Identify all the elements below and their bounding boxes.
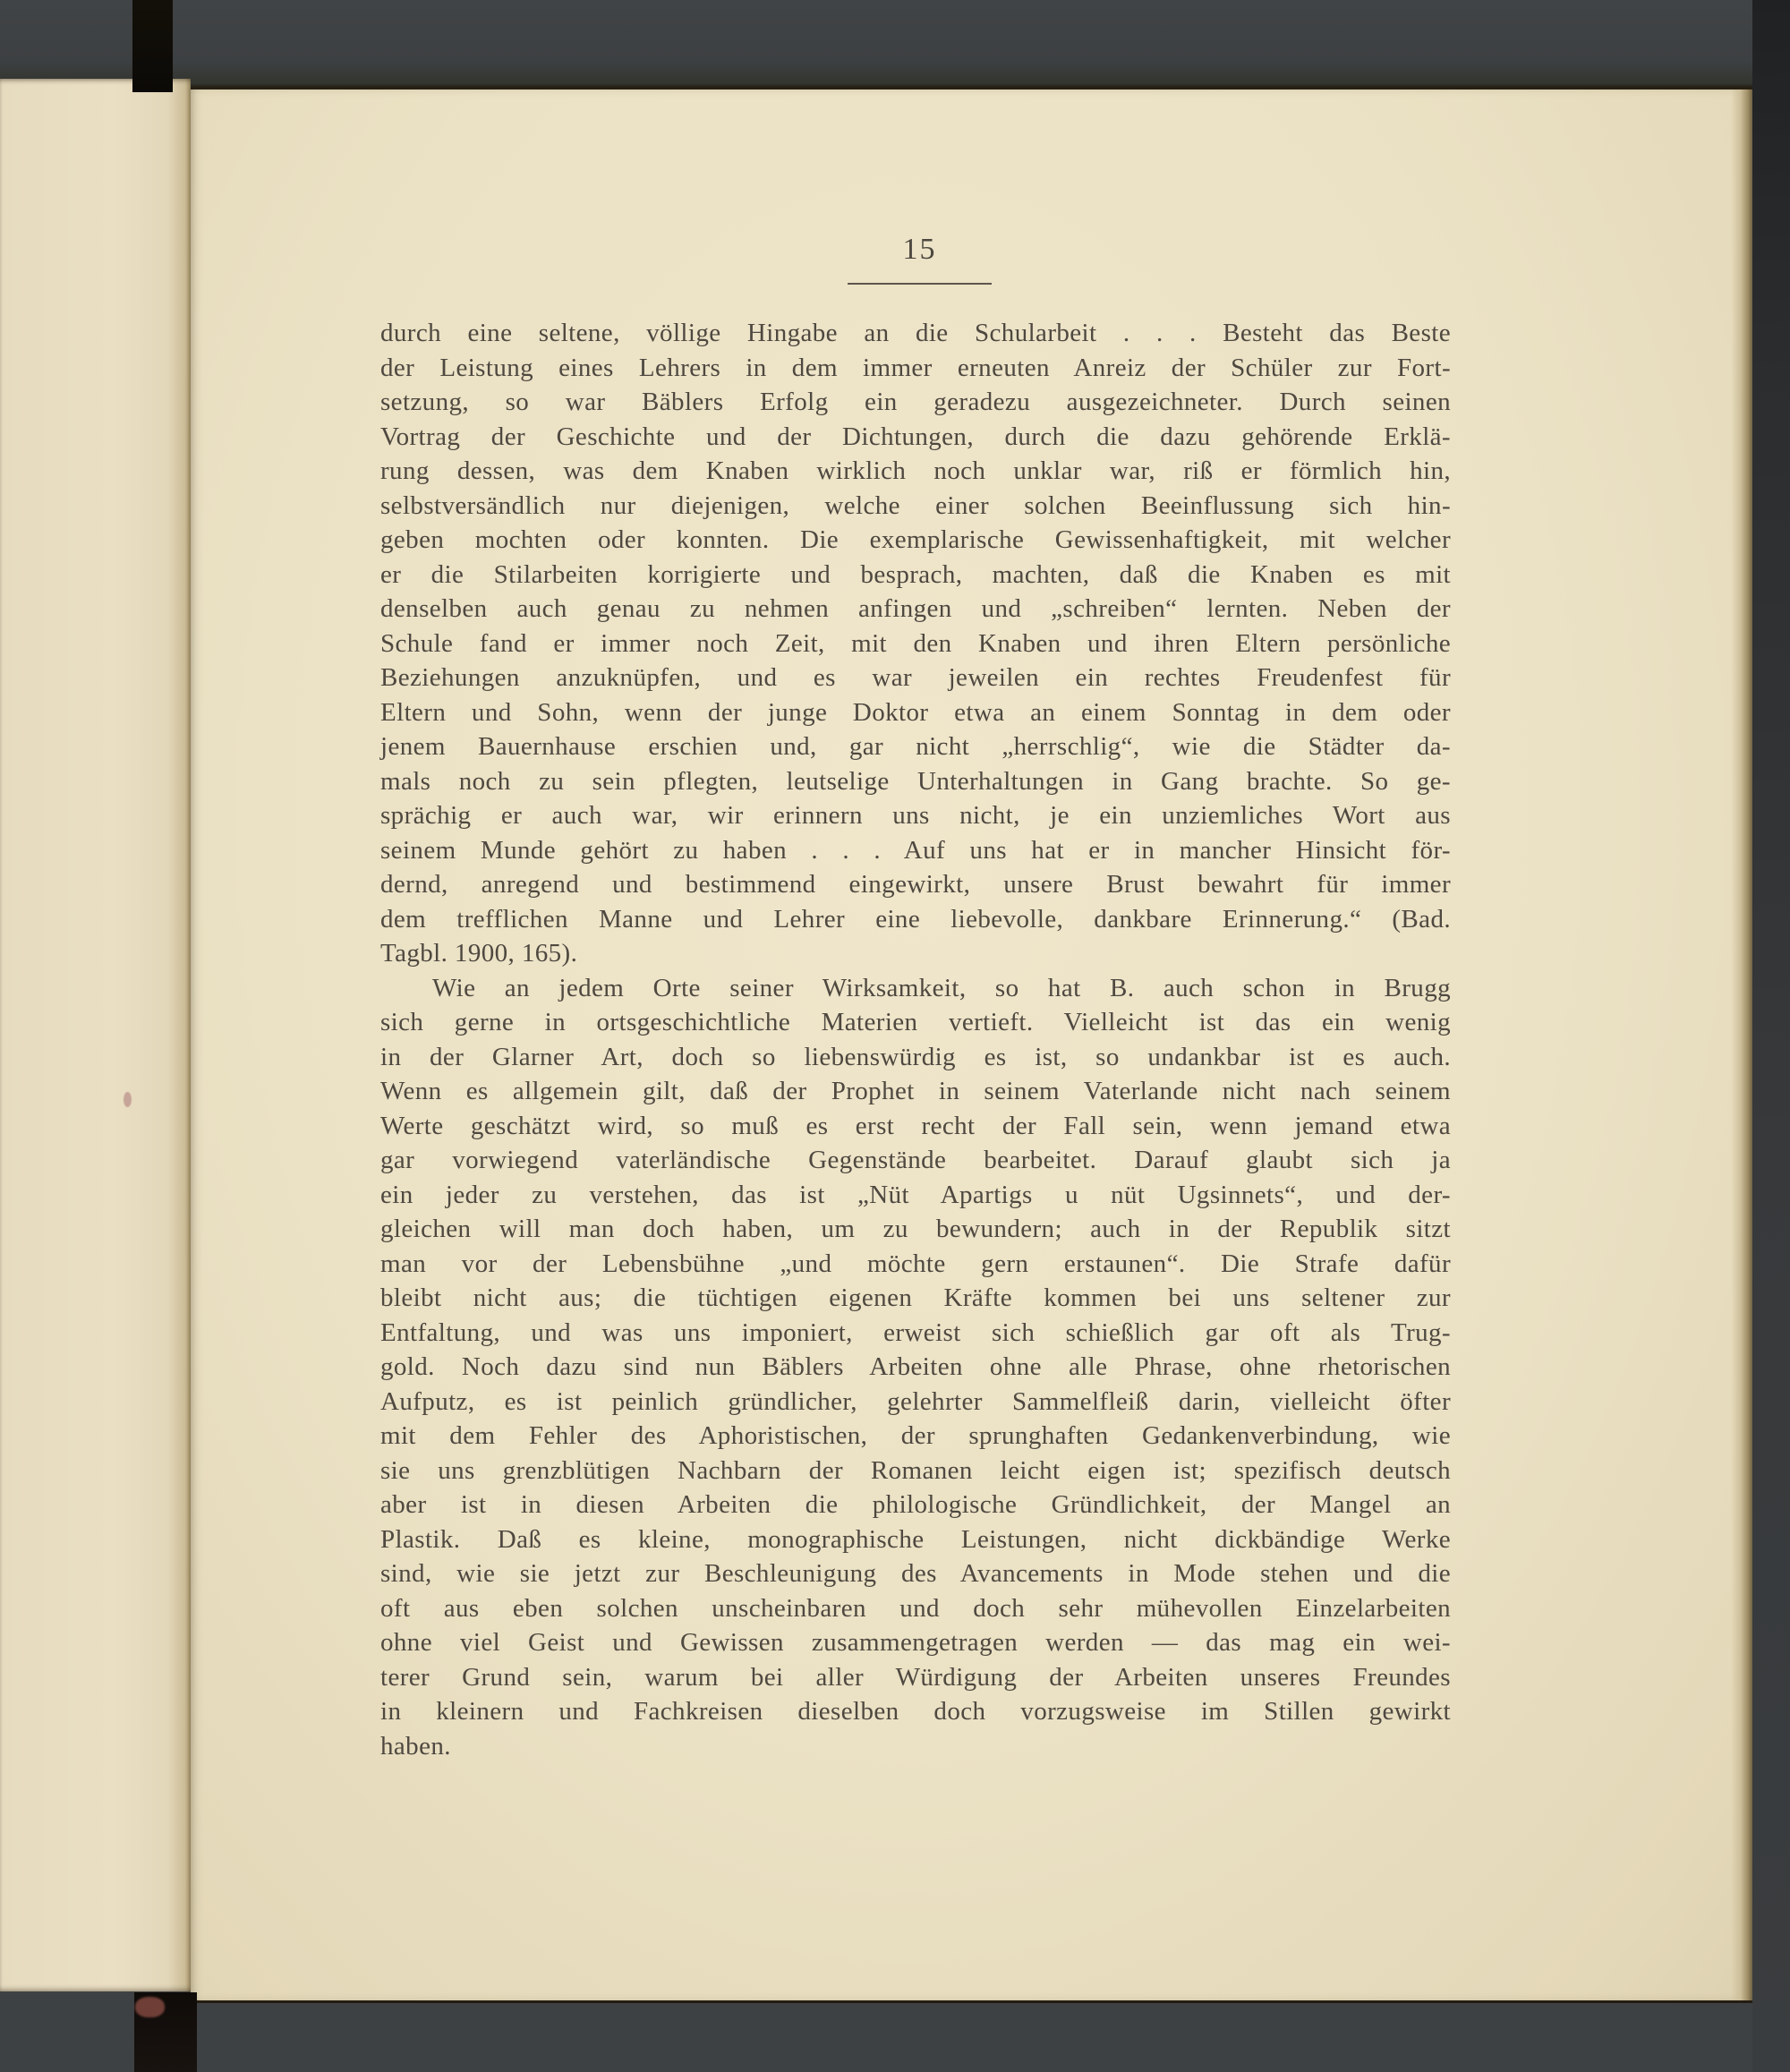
text-line: in der Glarner Art, doch so liebenswürdi…	[380, 1040, 1451, 1075]
text-line: gleichen will man doch haben, um zu bewu…	[380, 1212, 1451, 1247]
text-line: Schule fand er immer noch Zeit, mit den …	[380, 627, 1451, 661]
background-right-band	[1752, 0, 1790, 2072]
text-line: dem trefflichen Manne und Lehrer eine li…	[380, 902, 1451, 937]
text-line: terer Grund sein, warum bei aller Würdig…	[380, 1660, 1451, 1695]
text-line: bleibt nicht aus; die tüchtigen eigenen …	[380, 1281, 1451, 1316]
text-block: durch eine seltene, völlige Hingabe an d…	[380, 316, 1451, 1763]
text-line: denselben auch genau zu nehmen anfingen …	[380, 592, 1451, 627]
bookmark-ribbon-bottom	[134, 1992, 197, 2072]
book-page: 15 durch eine seltene, völlige Hingabe a…	[191, 87, 1752, 2003]
text-line: ein jeder zu verstehen, das ist „Nüt Apa…	[380, 1178, 1451, 1213]
text-line: Aufputz, es ist peinlich gründlicher, ge…	[380, 1385, 1451, 1420]
text-line: sie uns grenzblütigen Nachbarn der Roman…	[380, 1454, 1451, 1488]
text-line: sprächig er auch war, wir erinnern uns n…	[380, 798, 1451, 833]
page-number: 15	[848, 233, 992, 267]
ribbon-red-mark	[135, 1997, 165, 2017]
text-line: Wenn es allgemein gilt, daß der Prophet …	[380, 1074, 1451, 1109]
page-right-edge-shadow	[1731, 90, 1752, 2000]
left-page-edges	[0, 79, 191, 1991]
text-line: oft aus eben solchen unscheinbaren und d…	[380, 1591, 1451, 1626]
text-line: ohne viel Geist und Gewissen zusammenget…	[380, 1625, 1451, 1660]
text-line: sich gerne in ortsgeschichtliche Materie…	[380, 1005, 1451, 1040]
text-line: Werte geschätzt wird, so muß es erst rec…	[380, 1109, 1451, 1144]
page-number-rule	[848, 283, 992, 285]
text-line: durch eine seltene, völlige Hingabe an d…	[380, 316, 1451, 351]
text-line: Entfaltung, und was uns imponiert, erwei…	[380, 1316, 1451, 1351]
text-line: Plastik. Daß es kleine, monographische L…	[380, 1522, 1451, 1557]
text-line: Eltern und Sohn, wenn der junge Doktor e…	[380, 695, 1451, 730]
text-line: Tagbl. 1900, 165).	[380, 936, 1451, 971]
scanned-book-page: 15 durch eine seltene, völlige Hingabe a…	[0, 0, 1790, 2072]
text-line: selbstversändlich nur diejenigen, welche…	[380, 489, 1451, 524]
background-top-band	[0, 0, 1790, 87]
text-line: haben.	[380, 1729, 1451, 1764]
text-line: der Leistung eines Lehrers in dem immer …	[380, 351, 1451, 386]
text-line: gold. Noch dazu sind nun Bäblers Arbeite…	[380, 1350, 1451, 1385]
text-line: dernd, anregend und bestimmend eingewirk…	[380, 867, 1451, 902]
text-line: gar vorwiegend vaterländische Gegenständ…	[380, 1143, 1451, 1178]
bookmark-ribbon-top	[132, 0, 173, 92]
text-line: sind, wie sie jetzt zur Beschleunigung d…	[380, 1556, 1451, 1591]
text-line: mit dem Fehler des Aphoristischen, der s…	[380, 1419, 1451, 1454]
text-line: er die Stilarbeiten korrigierte und besp…	[380, 558, 1451, 593]
text-line: seinem Munde gehört zu haben . . . Auf u…	[380, 833, 1451, 868]
text-line: in kleinern und Fachkreisen dieselben do…	[380, 1694, 1451, 1729]
text-line: Beziehungen anzuknüpfen, und es war jewe…	[380, 661, 1451, 695]
text-line: geben mochten oder konnten. Die exemplar…	[380, 523, 1451, 558]
text-line: setzung, so war Bäblers Erfolg ein gerad…	[380, 385, 1451, 420]
text-line: mals noch zu sein pflegten, leutselige U…	[380, 764, 1451, 799]
text-line: jenem Bauernhause erschien und, gar nich…	[380, 729, 1451, 764]
text-line: Vortrag der Geschichte und der Dichtunge…	[380, 420, 1451, 455]
text-line: Wie an jedem Orte seiner Wirksamkeit, so…	[380, 971, 1451, 1006]
paper-speck	[124, 1092, 132, 1107]
text-line: aber ist in diesen Arbeiten die philolog…	[380, 1488, 1451, 1522]
text-line: rung dessen, was dem Knaben wirklich noc…	[380, 454, 1451, 489]
text-line: man vor der Lebensbühne „und möchte gern…	[380, 1247, 1451, 1282]
